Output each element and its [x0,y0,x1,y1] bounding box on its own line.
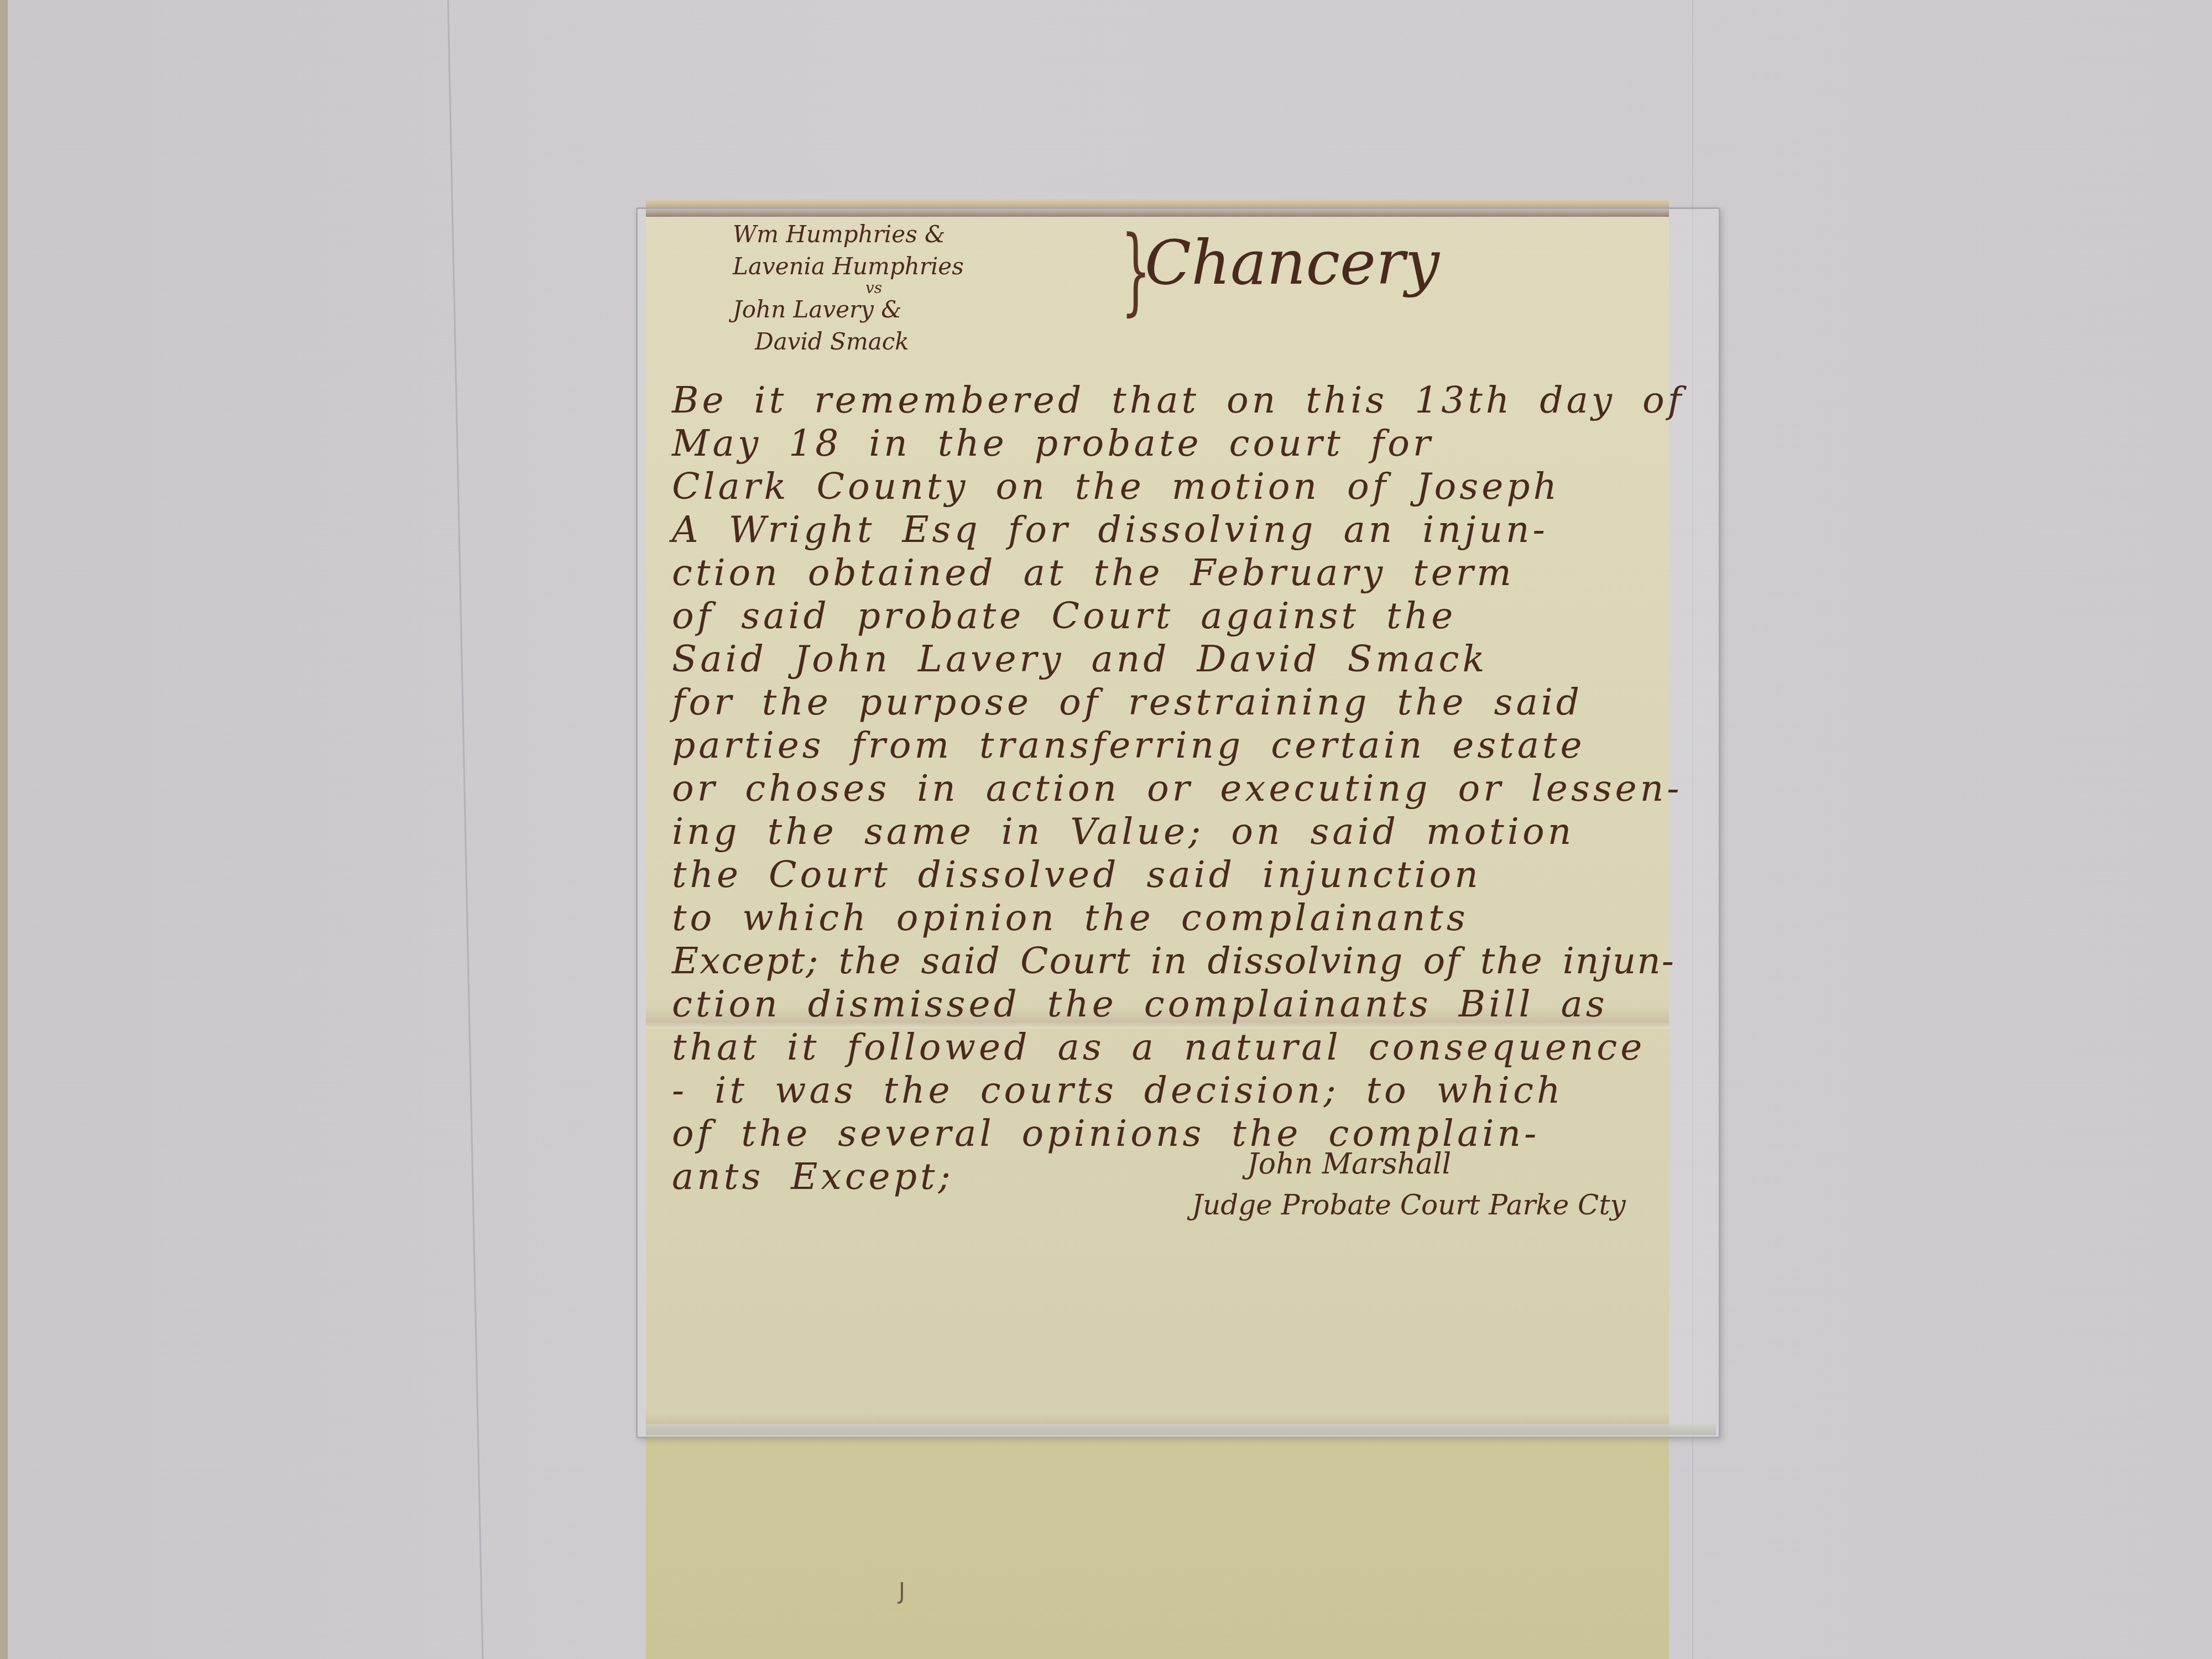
text-line: May 18 in the probate court for [672,422,1662,465]
signature-title: Judge Probate Court Parke Cty [1192,1189,1626,1221]
text-line: of the several opinions the complain- [672,1112,1662,1155]
case-parties: Wm Humphries & Lavenia Humphries vs John… [733,218,964,358]
text-line: the Court dissolved said injunction [672,853,1662,896]
signature-name: John Marshall [1247,1147,1451,1181]
versus: vs [865,283,964,294]
text-line: Clark County on the motion of Joseph [672,465,1662,508]
plaintiff-2: Lavenia Humphries [733,251,964,283]
text-line: for the purpose of restraining the said [672,681,1662,724]
text-line: Except; the said Court in dissolving of … [672,940,1662,983]
text-line: parties from transferring certain estate [672,724,1662,767]
text-line: Said John Lavery and David Smack [672,638,1662,681]
plaintiff-1: Wm Humphries & [733,218,964,251]
defendant-1: John Lavery & [733,294,964,326]
text-line: to which opinion the complainants [672,896,1662,940]
text-line: or choses in action or executing or less… [672,767,1662,810]
text-line: Be it remembered that on this 13th day o… [672,379,1662,422]
text-line: that it followed as a natural consequenc… [672,1026,1662,1069]
text-line: ing the same in Value; on said motion [672,810,1662,853]
court-heading: Chancery [1145,232,1439,293]
text-line: - it was the courts decision; to which [672,1069,1662,1112]
text-line: ction dismissed the complainants Bill as [672,983,1662,1026]
case-caption: Wm Humphries & Lavenia Humphries vs John… [672,218,1662,329]
table-edge [0,0,8,1659]
defendant-2: David Smack [755,326,964,358]
pencil-mark: J [899,1579,905,1604]
sleeve-edge [646,1424,1716,1435]
text-line: of said probate Court against the [672,594,1662,638]
record-body: Be it remembered that on this 13th day o… [672,379,1662,1198]
text-line: A Wright Esq for dissolving an injun- [672,508,1662,551]
text-line: ction obtained at the February term [672,551,1662,594]
manuscript-text: Wm Humphries & Lavenia Humphries vs John… [672,218,1662,1198]
